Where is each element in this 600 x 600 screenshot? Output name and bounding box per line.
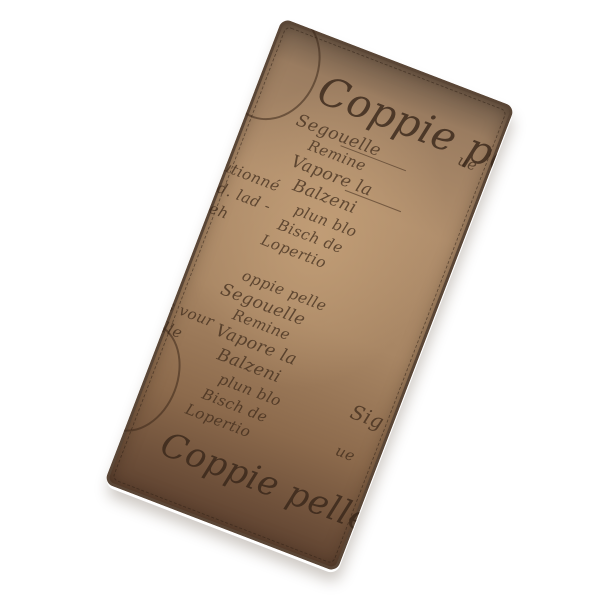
leather-wallet: Coppie pelle Segouelle Remine Vapore la … bbox=[104, 18, 515, 572]
